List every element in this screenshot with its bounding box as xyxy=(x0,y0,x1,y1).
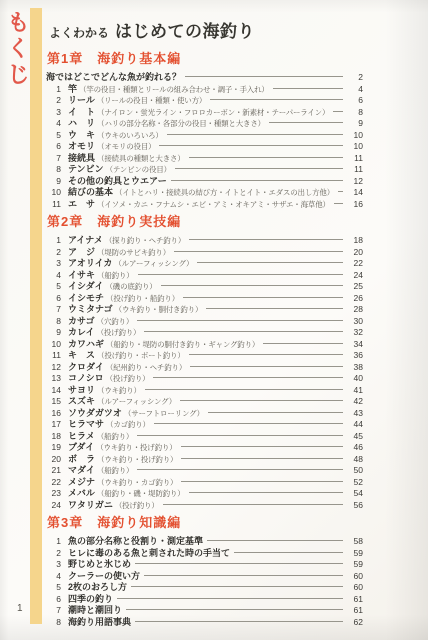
item-number: 5 xyxy=(47,130,61,140)
toc-row: 7 接続具 （接続具の種類と大きさ） 11 xyxy=(47,151,363,163)
item-number: 17 xyxy=(47,419,61,429)
toc-row: 4 ハ リ （ハリの部分名称・各部分の役目・種類と大きさ） 9 xyxy=(47,116,363,128)
chapter-title: 第3章 海釣り知識編 xyxy=(47,515,363,531)
leader-line xyxy=(161,285,343,286)
item-page: 56 xyxy=(346,500,363,510)
leader-line xyxy=(145,389,343,390)
leader-line xyxy=(153,377,343,378)
toc-row: 18 ヒラメ （船釣り） 45 xyxy=(47,429,363,441)
item-page: 9 xyxy=(346,118,363,128)
item-number: 20 xyxy=(47,454,61,464)
chapter-title: 第1章 海釣り基本編 xyxy=(47,51,363,67)
item-page: 30 xyxy=(346,316,363,326)
item-number: 3 xyxy=(47,107,61,117)
item-number: 19 xyxy=(47,442,61,452)
toc-row: 8 海釣り用語事典 62 xyxy=(47,615,363,627)
item-subtitle: （ウキ釣り・胴付き釣り） xyxy=(115,304,203,315)
leader-line xyxy=(185,76,343,77)
toc-row: 4 クーラーの使い方 60 xyxy=(47,569,363,581)
toc-row: 14 サヨリ （ウキ釣り） 41 xyxy=(47,383,363,395)
page-number: 1 xyxy=(17,603,23,614)
leader-line xyxy=(234,552,343,553)
leader-line xyxy=(163,504,343,505)
item-number: 6 xyxy=(47,141,61,151)
item-subtitle: （カゴ釣り） xyxy=(106,419,150,430)
chapter-section: 第2章 海釣り実技編 1 アイナメ （探り釣り・ヘチ釣り） 18 2 ア ジ （… xyxy=(47,214,363,509)
leader-line xyxy=(338,191,343,192)
toc-row: 海ではどこでどんな魚が釣れる？ 2 xyxy=(47,70,363,82)
item-page: 48 xyxy=(346,454,363,464)
leader-line xyxy=(135,563,343,564)
item-page: 11 xyxy=(346,153,363,163)
leader-line xyxy=(137,435,343,436)
toc-row: 5 イシダイ （磯の底釣り） 25 xyxy=(47,279,363,291)
toc-row: 11 エ サ （イソメ・カニ・フナムシ・エビ・アミ・オキアミ・サザエ・海草他） … xyxy=(47,197,363,209)
leader-line xyxy=(333,111,343,112)
leader-line xyxy=(131,586,343,587)
item-subtitle: （投げ釣り・船釣り） xyxy=(106,293,179,304)
toc-row: 9 カレイ （投げ釣り） 32 xyxy=(47,325,363,337)
toc-row: 5 2枚のおろし方 60 xyxy=(47,580,363,592)
item-page: 11 xyxy=(346,164,363,174)
item-number: 10 xyxy=(47,339,61,349)
leader-line xyxy=(269,122,343,123)
item-number: 12 xyxy=(47,362,61,372)
chapters-container: 第1章 海釣り基本編 海ではどこでどんな魚が釣れる？ 2 1 竿 （竿の役目・種… xyxy=(47,51,363,626)
item-page: 28 xyxy=(346,304,363,314)
item-page: 62 xyxy=(346,617,363,627)
item-number: 4 xyxy=(47,571,61,581)
toc-row: 1 竿 （竿の役目・種類とリールの組み合わせ・調子・手入れ） 4 xyxy=(47,82,363,94)
item-page: 10 xyxy=(346,130,363,140)
leader-line xyxy=(181,481,343,482)
accent-bar xyxy=(30,8,42,624)
item-page: 58 xyxy=(346,536,363,546)
item-subtitle: （探り釣り・ヘチ釣り） xyxy=(105,235,185,246)
item-number: 8 xyxy=(47,316,61,326)
leader-line xyxy=(117,598,343,599)
item-number: 2 xyxy=(47,247,61,257)
item-page: 50 xyxy=(346,465,363,475)
item-number: 9 xyxy=(47,327,61,337)
item-page: 14 xyxy=(346,187,363,197)
leader-line xyxy=(208,412,343,413)
item-page: 38 xyxy=(346,362,363,372)
toc-row: 24 ワタリガニ （投げ釣り） 56 xyxy=(47,498,363,510)
item-number: 6 xyxy=(47,293,61,303)
book-page: もくじ よくわかるはじめての海釣り 第1章 海釣り基本編 海ではどこでどんな魚が… xyxy=(0,0,428,640)
leader-line xyxy=(167,134,343,135)
item-page: 45 xyxy=(346,431,363,441)
item-page: 60 xyxy=(346,571,363,581)
item-page: 60 xyxy=(346,582,363,592)
toc-row: 7 潮時と潮回り 61 xyxy=(47,603,363,615)
item-page: 6 xyxy=(346,95,363,105)
item-page: 42 xyxy=(346,396,363,406)
item-page: 32 xyxy=(346,327,363,337)
item-subtitle: （イソメ・カニ・フナムシ・エビ・アミ・オキアミ・サザエ・海草他） xyxy=(97,199,330,210)
leader-line xyxy=(144,575,343,576)
item-number: 24 xyxy=(47,500,61,510)
leader-line xyxy=(190,366,343,367)
item-subtitle: （竿の役目・種類とリールの組み合わせ・調子・手入れ） xyxy=(79,84,269,95)
leader-line xyxy=(189,354,343,355)
toc-row: 6 イシモチ （投げ釣り・船釣り） 26 xyxy=(47,291,363,303)
item-number: 4 xyxy=(47,118,61,128)
item-subtitle: （船釣り） xyxy=(97,465,134,476)
item-subtitle: （ウキのいろいろ） xyxy=(97,130,163,141)
item-subtitle: （接続具の種類と大きさ） xyxy=(97,153,185,164)
item-page: 52 xyxy=(346,477,363,487)
toc-row: 12 クロダイ （紀州釣り・ヘチ釣り） 38 xyxy=(47,360,363,372)
item-number: 6 xyxy=(47,594,61,604)
leader-line xyxy=(137,320,343,321)
item-number: 18 xyxy=(47,431,61,441)
item-subtitle: （投げ釣り・ボート釣り） xyxy=(97,350,185,361)
leader-line xyxy=(171,180,343,181)
toc-row: 2 ア ジ （堤防のサビキ釣り） 20 xyxy=(47,245,363,257)
item-page: 54 xyxy=(346,488,363,498)
item-number: 7 xyxy=(47,605,61,615)
toc-row: 3 イ ト （ナイロン・蛍光ライン・フロロカーボン・新素材・テーパーライン） 8 xyxy=(47,105,363,117)
item-number: 11 xyxy=(47,199,61,209)
toc-row: 22 メジナ （ウキ釣り・カゴ釣り） 52 xyxy=(47,475,363,487)
item-number: 7 xyxy=(47,304,61,314)
toc-row: 2 ヒレに毒のある魚と刺された時の手当て 59 xyxy=(47,546,363,558)
item-page: 4 xyxy=(346,84,363,94)
book-title: よくわかるはじめての海釣り xyxy=(49,8,363,45)
toc-row: 6 オモリ （オモリの役目） 10 xyxy=(47,139,363,151)
item-page: 16 xyxy=(346,199,363,209)
item-number: 8 xyxy=(47,617,61,627)
item-subtitle: （ウキ釣り・投げ釣り） xyxy=(96,442,176,453)
item-page: 2 xyxy=(346,72,363,82)
leader-line xyxy=(197,262,343,263)
item-page: 40 xyxy=(346,373,363,383)
leader-line xyxy=(138,274,343,275)
item-subtitle: （穴釣り） xyxy=(97,316,134,327)
item-subtitle: （ハリの部分名称・各部分の役目・種類と大きさ） xyxy=(97,118,265,129)
toc-row: 9 その他の釣具とウエアー 12 xyxy=(47,174,363,186)
item-page: 34 xyxy=(346,339,363,349)
toc-row: 10 結びの基本 （イトとハリ・接続具の結び方・イトとイト・エダスの出し方他） … xyxy=(47,185,363,197)
item-page: 26 xyxy=(346,293,363,303)
item-subtitle: （ウキ釣り・カゴ釣り） xyxy=(97,477,177,488)
toc-vertical-label: もくじ xyxy=(3,10,30,88)
item-number: 5 xyxy=(47,281,61,291)
toc-row: 3 野じめと氷じめ 59 xyxy=(47,557,363,569)
toc-row: 20 ボ ラ （ウキ釣り・投げ釣り） 48 xyxy=(47,452,363,464)
item-number: 10 xyxy=(47,187,61,197)
toc-row: 1 アイナメ （探り釣り・ヘチ釣り） 18 xyxy=(47,233,363,245)
leader-line xyxy=(174,251,343,252)
toc-row: 11 キ ス （投げ釣り・ボート釣り） 36 xyxy=(47,348,363,360)
item-page: 44 xyxy=(346,419,363,429)
item-number: 14 xyxy=(47,385,61,395)
item-number: 5 xyxy=(47,582,61,592)
item-number: 8 xyxy=(47,164,61,174)
book-title-prefix: よくわかる xyxy=(49,26,109,40)
item-number: 1 xyxy=(47,84,61,94)
item-subtitle: （投げ釣り） xyxy=(115,500,159,511)
chapter-section: 第1章 海釣り基本編 海ではどこでどんな魚が釣れる？ 2 1 竿 （竿の役目・種… xyxy=(47,51,363,208)
item-subtitle: （ウキ釣り・投げ釣り） xyxy=(97,454,177,465)
item-page: 12 xyxy=(346,176,363,186)
item-page: 24 xyxy=(346,270,363,280)
item-subtitle: （投げ釣り） xyxy=(106,373,150,384)
toc-row: 15 スズキ （ルアーフィッシング） 42 xyxy=(47,394,363,406)
leader-line xyxy=(183,297,343,298)
leader-line xyxy=(180,400,343,401)
leader-line xyxy=(159,145,343,146)
chapter-list: 1 魚の部分名称と役割り・測定基準 58 2 ヒレに毒のある魚と刺された時の手当… xyxy=(47,534,363,626)
item-number: 11 xyxy=(47,350,61,360)
chapter-title: 第2章 海釣り実技編 xyxy=(47,214,363,230)
chapter-section: 第3章 海釣り知識編 1 魚の部分名称と役割り・測定基準 58 2 ヒレに毒のあ… xyxy=(47,515,363,626)
toc-row: 19 ブダイ （ウキ釣り・投げ釣り） 46 xyxy=(47,440,363,452)
item-page: 22 xyxy=(346,258,363,268)
leader-line xyxy=(334,203,343,204)
leader-line xyxy=(181,446,343,447)
item-page: 59 xyxy=(346,559,363,569)
leader-line xyxy=(144,331,343,332)
item-page: 61 xyxy=(346,594,363,604)
item-number: 3 xyxy=(47,559,61,569)
item-subtitle: （紀州釣り・ヘチ釣り） xyxy=(106,362,186,373)
item-label: ワタリガニ xyxy=(68,498,113,511)
item-subtitle: （ウキ釣り） xyxy=(97,385,141,396)
toc-row: 23 メバル （船釣り・磯・堤防釣り） 54 xyxy=(47,486,363,498)
leader-line xyxy=(210,99,343,100)
toc-row: 17 ヒラマサ （カゴ釣り） 44 xyxy=(47,417,363,429)
item-number: 13 xyxy=(47,373,61,383)
item-subtitle: （ルアーフィッシング） xyxy=(114,258,193,269)
item-page: 36 xyxy=(346,350,363,360)
item-page: 25 xyxy=(346,281,363,291)
item-page: 41 xyxy=(346,385,363,395)
item-subtitle: （リールの役目・種類・使い方） xyxy=(97,95,206,106)
item-number: 3 xyxy=(47,258,61,268)
leader-line xyxy=(135,621,343,622)
item-page: 20 xyxy=(346,247,363,257)
item-page: 18 xyxy=(346,235,363,245)
leader-line xyxy=(273,88,343,89)
leader-line xyxy=(189,157,343,158)
item-page: 46 xyxy=(346,442,363,452)
leader-line xyxy=(175,168,343,169)
item-subtitle: （ナイロン・蛍光ライン・フロロカーボン・新素材・テーパーライン） xyxy=(97,107,329,118)
item-number: 1 xyxy=(47,536,61,546)
toc-row: 8 テンビン （テンビンの役目） 11 xyxy=(47,162,363,174)
item-number: 2 xyxy=(47,95,61,105)
item-number: 4 xyxy=(47,270,61,280)
toc-row: 16 ソウダガツオ （サーフトローリング） 43 xyxy=(47,406,363,418)
item-page: 8 xyxy=(346,107,363,117)
toc-row: 3 アオリイカ （ルアーフィッシング） 22 xyxy=(47,256,363,268)
toc-main: よくわかるはじめての海釣り 第1章 海釣り基本編 海ではどこでどんな魚が釣れる？… xyxy=(47,8,363,626)
toc-row: 5 ウ キ （ウキのいろいろ） 10 xyxy=(47,128,363,140)
toc-row: 8 カサゴ （穴釣り） 30 xyxy=(47,314,363,326)
leader-line xyxy=(189,492,343,493)
chapter-list: 海ではどこでどんな魚が釣れる？ 2 1 竿 （竿の役目・種類とリールの組み合わせ… xyxy=(47,70,363,208)
leader-line xyxy=(137,469,343,470)
book-title-main: はじめての海釣り xyxy=(115,22,255,41)
toc-row: 1 魚の部分名称と役割り・測定基準 58 xyxy=(47,534,363,546)
item-number: 16 xyxy=(47,408,61,418)
leader-line xyxy=(126,609,343,610)
item-number: 15 xyxy=(47,396,61,406)
item-subtitle: （サーフトローリング） xyxy=(124,408,204,419)
item-subtitle: （磯の底釣り） xyxy=(105,281,156,292)
item-number: 9 xyxy=(47,176,61,186)
item-number: 23 xyxy=(47,488,61,498)
item-subtitle: （イトとハリ・接続具の結び方・イトとイト・エダスの出し方他） xyxy=(115,187,334,198)
leader-line xyxy=(154,423,343,424)
item-label: 海ではどこでどんな魚が釣れる？ xyxy=(46,70,181,83)
leader-line xyxy=(207,540,343,541)
leader-line xyxy=(181,458,343,459)
item-number: 21 xyxy=(47,465,61,475)
item-label: 海釣り用語事典 xyxy=(68,615,131,628)
item-subtitle: （船釣り） xyxy=(97,431,134,442)
item-subtitle: （船釣り・堤防の胴付き釣り・ギャング釣り） xyxy=(106,339,259,350)
toc-row: 13 コノシロ （投げ釣り） 40 xyxy=(47,371,363,383)
item-page: 61 xyxy=(346,605,363,615)
item-number: 7 xyxy=(47,153,61,163)
toc-row: 2 リール （リールの役目・種類・使い方） 6 xyxy=(47,93,363,105)
toc-row: 4 イサキ （船釣り） 24 xyxy=(47,268,363,280)
toc-row: 6 四季の釣り 61 xyxy=(47,592,363,604)
item-label: エ サ xyxy=(68,197,95,210)
item-number: 1 xyxy=(47,235,61,245)
toc-row: 7 ウミタナゴ （ウキ釣り・胴付き釣り） 28 xyxy=(47,302,363,314)
item-page: 10 xyxy=(346,141,363,151)
item-number: 22 xyxy=(47,477,61,487)
chapter-list: 1 アイナメ （探り釣り・ヘチ釣り） 18 2 ア ジ （堤防のサビキ釣り） 2… xyxy=(47,233,363,509)
leader-line xyxy=(263,343,343,344)
leader-line xyxy=(206,308,343,309)
toc-row: 21 マダイ （船釣り） 50 xyxy=(47,463,363,475)
leader-line xyxy=(189,239,343,240)
item-page: 43 xyxy=(346,408,363,418)
item-subtitle: （オモリの役目） xyxy=(97,141,155,152)
item-number: 2 xyxy=(47,548,61,558)
item-page: 59 xyxy=(346,548,363,558)
toc-row: 10 カワハギ （船釣り・堤防の胴付き釣り・ギャング釣り） 34 xyxy=(47,337,363,349)
